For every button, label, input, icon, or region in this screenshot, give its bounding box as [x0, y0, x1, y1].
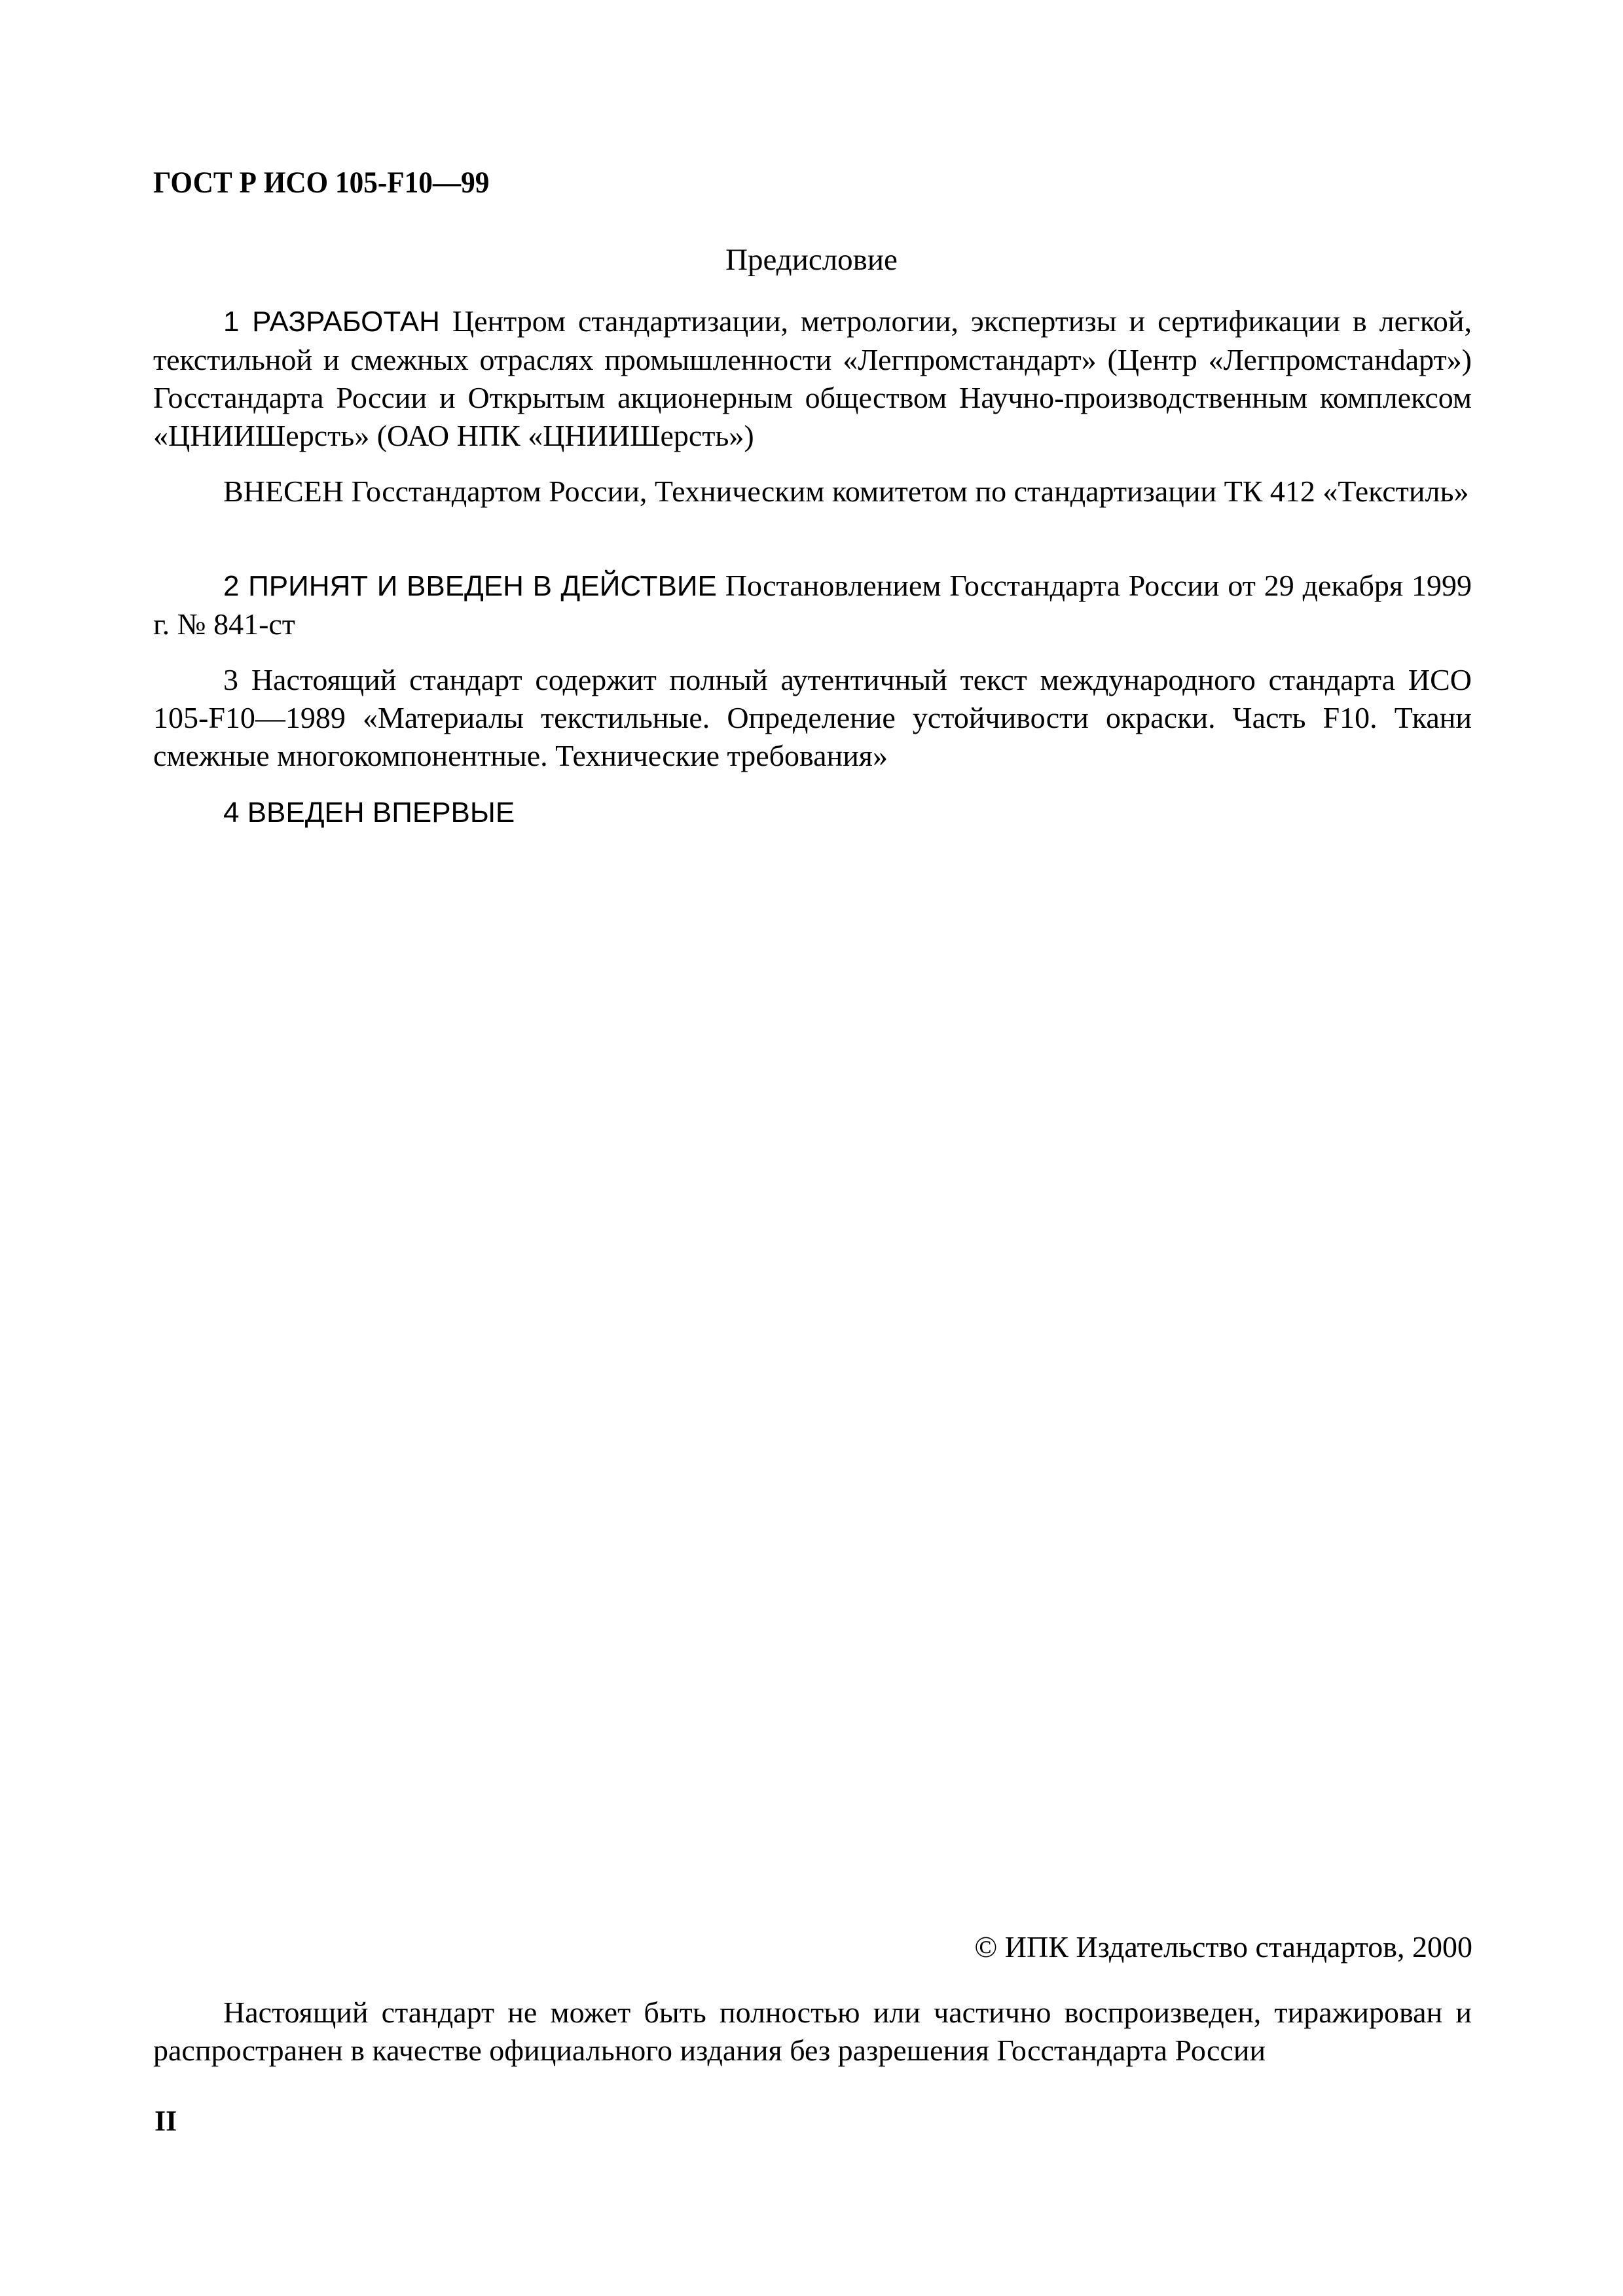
page-number: II	[155, 2104, 177, 2138]
paragraph-developed-by: 1 РАЗРАБОТАН Центром стандартизации, мет…	[153, 302, 1472, 455]
reproduction-notice: Настоящий стандарт не может быть полност…	[153, 1994, 1472, 2070]
paragraph-authentic-text: 3 Настоящий стандарт содержит полный аут…	[153, 661, 1472, 775]
document-page: ГОСТ Р ИСО 105-F10—99 Предисловие 1 РАЗР…	[0, 0, 1623, 2296]
section-title-text: Предисловие	[725, 242, 898, 278]
paragraph-lead: 4 ВВЕДЕН ВПЕРВЫЕ	[223, 797, 515, 829]
paragraph-lead: 3	[223, 663, 238, 696]
section-title: Предисловие	[0, 242, 1623, 278]
paragraph-introduced-first: 4 ВВЕДЕН ВПЕРВЫЕ	[153, 793, 1472, 832]
standard-code-header: ГОСТ Р ИСО 105-F10—99	[153, 165, 489, 200]
paragraph-lead: ВНЕСЕН	[223, 475, 344, 508]
reproduction-notice-text: Настоящий стандарт не может быть полност…	[153, 1994, 1472, 2070]
paragraph-lead: 2 ПРИНЯТ И ВВЕДЕН В ДЕЙСТВИЕ	[223, 570, 717, 602]
paragraph-text: Настоящий стандарт содержит полный аутен…	[153, 663, 1472, 772]
paragraph-adopted: 2 ПРИНЯТ И ВВЕДЕН В ДЕЙСТВИЕ Постановлен…	[153, 567, 1472, 643]
paragraph-lead: 1 РАЗРАБОТАН	[223, 306, 440, 338]
paragraph-text: Госстандартом России, Техническим комите…	[344, 475, 1468, 508]
copyright-line: © ИПК Издательство стандартов, 2000	[974, 1929, 1472, 1964]
paragraph-submitted-by: ВНЕСЕН Госстандартом России, Техническим…	[153, 473, 1472, 511]
